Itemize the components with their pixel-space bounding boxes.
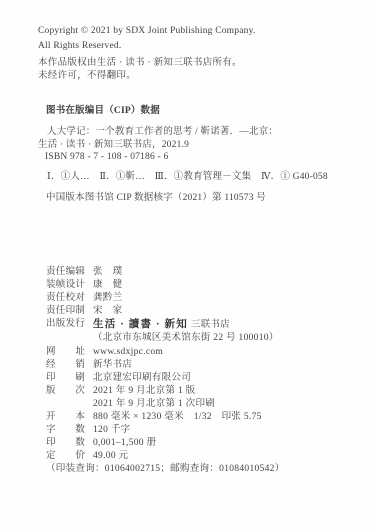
colophon-value: 康 健	[93, 279, 122, 292]
inquiry-phone-line: （印装查询：01064002715；邮购查询：01084010542）	[46, 463, 285, 476]
copyright-block: Copyright © 2021 by SDX Joint Publishing…	[38, 24, 256, 83]
publisher-address: （北京市东城区美术馆东街 22 号 100010）	[93, 332, 279, 345]
colophon-label: 印 数	[46, 437, 84, 450]
colophon-label: 开 本	[46, 411, 84, 424]
colophon-subrow-publisher-address: （北京市东城区美术馆东街 22 号 100010）	[46, 332, 285, 345]
colophon-value: 宋 家	[93, 305, 122, 318]
book-colophon-page: Copyright © 2021 by SDX Joint Publishing…	[0, 0, 375, 532]
cip-title-line: 人大学记：一个教育工作者的思考 / 靳诺著．—北京：	[38, 126, 328, 139]
copyright-chinese-group: 本作品版权由生活 · 读书 · 新知三联书店所有。 未经许可，不得翻印。	[38, 57, 256, 83]
cip-record-number-line: 中国版本图书馆 CIP 数据核字（2021）第 110573 号	[38, 192, 328, 205]
colophon-label-spacer	[46, 398, 84, 411]
colophon-row-print-run: 印 数 0,001–1,500 册	[46, 437, 285, 450]
colophon-label: 印 刷	[46, 372, 84, 385]
colophon-label: 网 址	[46, 346, 84, 359]
edition-line-1: 2021 年 9 月北京第 1 版	[93, 385, 195, 398]
cip-isbn-line: ISBN 978 - 7 - 108 - 07186 - 6	[38, 151, 328, 164]
colophon-label: 字 数	[46, 424, 84, 437]
publisher-name-suffix: 三联书店	[191, 320, 230, 330]
edition-line-2: 2021 年 9 月北京第 1 次印刷	[93, 398, 215, 411]
cip-classification-line: Ⅰ．①人… Ⅱ．①靳… Ⅲ．①教育管理－文集 Ⅳ．① G40-058	[38, 171, 328, 184]
colophon-value: 北京建宏印刷有限公司	[93, 372, 191, 385]
colophon-row-editor: 责任编辑 张 璞	[46, 266, 285, 279]
colophon-row-publisher: 出版发行 生活 · 讀書 · 新知三联书店	[46, 318, 285, 332]
publisher-value: 生活 · 讀書 · 新知三联书店	[93, 318, 230, 332]
cip-publisher-line: 生活 · 读书 · 新知三联书店，2021.9	[38, 139, 328, 152]
colophon-value: 龚黔兰	[93, 292, 122, 305]
colophon-label: 经 销	[46, 359, 84, 372]
colophon-subrow-printing: 2021 年 9 月北京第 1 次印刷	[46, 398, 285, 411]
colophon-row-edition: 版 次 2021 年 9 月北京第 1 版	[46, 385, 285, 398]
copyright-english-line-1: Copyright © 2021 by SDX Joint Publishing…	[38, 24, 256, 39]
colophon-label: 定 价	[46, 450, 84, 463]
sdx-calligraphy-logo: 生活 · 讀書 · 新知	[93, 319, 188, 330]
colophon-value: 120 千字	[93, 424, 130, 437]
colophon-value: 张 璞	[93, 266, 122, 279]
cip-heading: 图书在版编目（CIP）数据	[38, 105, 328, 118]
colophon-label: 责任校对	[46, 292, 84, 305]
colophon-label: 装帧设计	[46, 279, 84, 292]
colophon-row-print-supervisor: 责任印制 宋 家	[46, 305, 285, 318]
copyright-english-line-2: All Rights Reserved.	[38, 39, 256, 54]
colophon-value: 880 毫米 × 1230 毫米 1/32 印张 5.75	[93, 411, 262, 424]
colophon-row-distributor: 经 销 新华书店	[46, 359, 285, 372]
colophon-label-spacer	[46, 332, 84, 345]
copyright-chinese-line-2: 未经许可，不得翻印。	[38, 70, 256, 83]
colophon-row-price: 定 价 49.00 元	[46, 450, 285, 463]
copyright-chinese-line-1: 本作品版权由生活 · 读书 · 新知三联书店所有。	[38, 57, 256, 70]
colophon-value: 新华书店	[93, 359, 132, 372]
colophon-label: 版 次	[46, 385, 84, 398]
colophon-row-designer: 装帧设计 康 健	[46, 279, 285, 292]
colophon-row-word-count: 字 数 120 千字	[46, 424, 285, 437]
colophon-block: 责任编辑 张 璞 装帧设计 康 健 责任校对 龚黔兰 责任印制 宋 家 出版发行…	[46, 266, 285, 477]
website-url: www.sdxjpc.com	[93, 346, 163, 359]
colophon-row-proofreader: 责任校对 龚黔兰	[46, 292, 285, 305]
colophon-label: 责任印制	[46, 305, 84, 318]
colophon-row-format: 开 本 880 毫米 × 1230 毫米 1/32 印张 5.75	[46, 411, 285, 424]
colophon-label: 责任编辑	[46, 266, 84, 279]
colophon-label: 出版发行	[46, 318, 84, 332]
colophon-row-website: 网 址 www.sdxjpc.com	[46, 346, 285, 359]
price-value: 49.00 元	[93, 450, 128, 463]
colophon-value: 0,001–1,500 册	[93, 437, 156, 450]
colophon-row-printer: 印 刷 北京建宏印刷有限公司	[46, 372, 285, 385]
cip-block: 图书在版编目（CIP）数据 人大学记：一个教育工作者的思考 / 靳诺著．—北京：…	[38, 105, 328, 205]
